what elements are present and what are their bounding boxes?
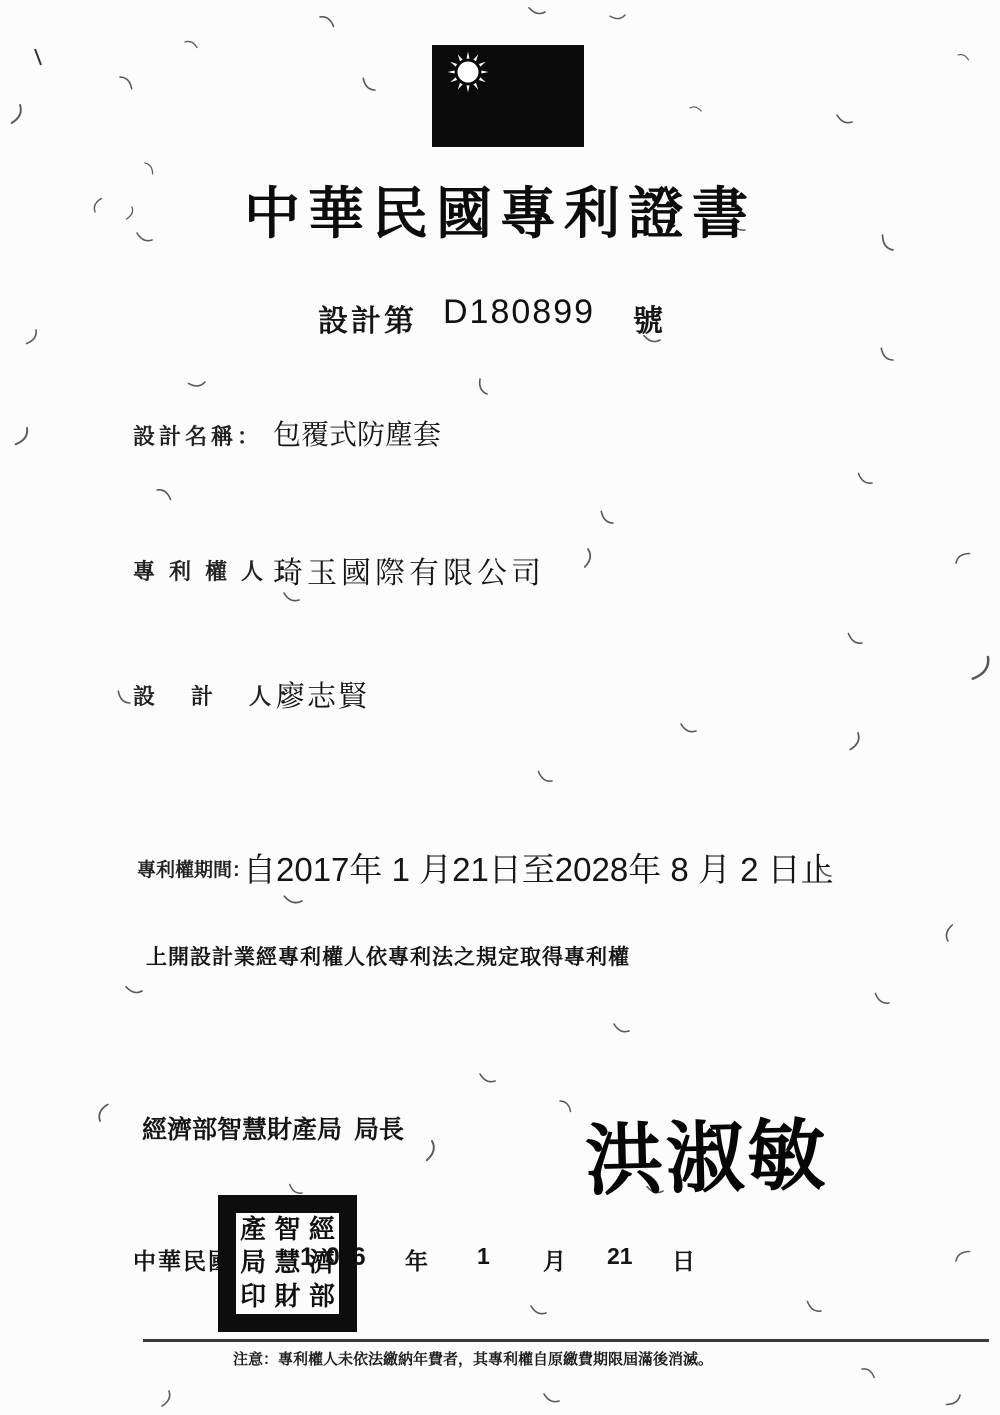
director-signature: 洪淑敏: [584, 1093, 830, 1211]
footer-note: 注意：專利權人未依法繳納年費者，其專利權自原繳費期限屆滿後消滅。: [0, 1348, 946, 1369]
patent-term-value: 自2017年 1 月21日至2028年 8 月 2 日止: [243, 844, 834, 891]
date-day-unit: 日: [672, 1243, 695, 1276]
corner-mark: [33, 47, 43, 67]
seal-char: 部: [305, 1280, 339, 1314]
design-name-label: 設計名稱：: [133, 420, 263, 451]
director-general-title: 局長: [354, 1117, 404, 1144]
seal-char: 局: [236, 1247, 270, 1281]
seal-char: 智: [270, 1213, 304, 1247]
cert-number-prefix: 設計第: [318, 296, 417, 340]
agency-name: 經濟部智慧財產局: [142, 1117, 342, 1144]
seal-char: 經: [305, 1213, 339, 1247]
official-seal: 產 智 經 局 慧 濟 印 財 部: [218, 1195, 357, 1332]
cert-number-suffix: 號: [633, 296, 663, 340]
seal-char: 濟: [305, 1247, 339, 1281]
date-year-unit: 年: [405, 1243, 428, 1276]
seal-characters: 產 智 經 局 慧 濟 印 財 部: [236, 1213, 339, 1314]
seal-char: 財: [270, 1280, 304, 1314]
seal-char: 慧: [270, 1247, 304, 1281]
flag-field: [432, 45, 584, 147]
design-name-value: 包覆式防塵套: [273, 413, 441, 453]
seal-char: 產: [236, 1213, 270, 1247]
issuing-agency-line: 經濟部智慧財產局局長: [142, 1110, 404, 1146]
date-month: 1: [477, 1243, 490, 1270]
cert-number: D180899: [443, 293, 595, 332]
date-month-unit: 月: [543, 1243, 566, 1276]
designer-value: 廖志賢: [276, 674, 369, 715]
patentee-value: 琦玉國際有限公司: [273, 548, 545, 592]
roc-flag: [432, 45, 584, 147]
footer-divider: [143, 1339, 989, 1342]
grant-statement: 上開設計業經專利權人依專利法之規定取得專利權: [146, 941, 630, 971]
date-day: 21: [607, 1243, 633, 1270]
certificate-title: 中華民國專利證書: [0, 170, 1000, 250]
certificate-page: 中華民國專利證書 設計第 D180899 號 設計名稱： 包覆式防塵套 專利權人…: [0, 0, 1000, 1415]
patent-term-label: 專利權期間：: [137, 855, 251, 882]
seal-char: 印: [236, 1280, 270, 1314]
